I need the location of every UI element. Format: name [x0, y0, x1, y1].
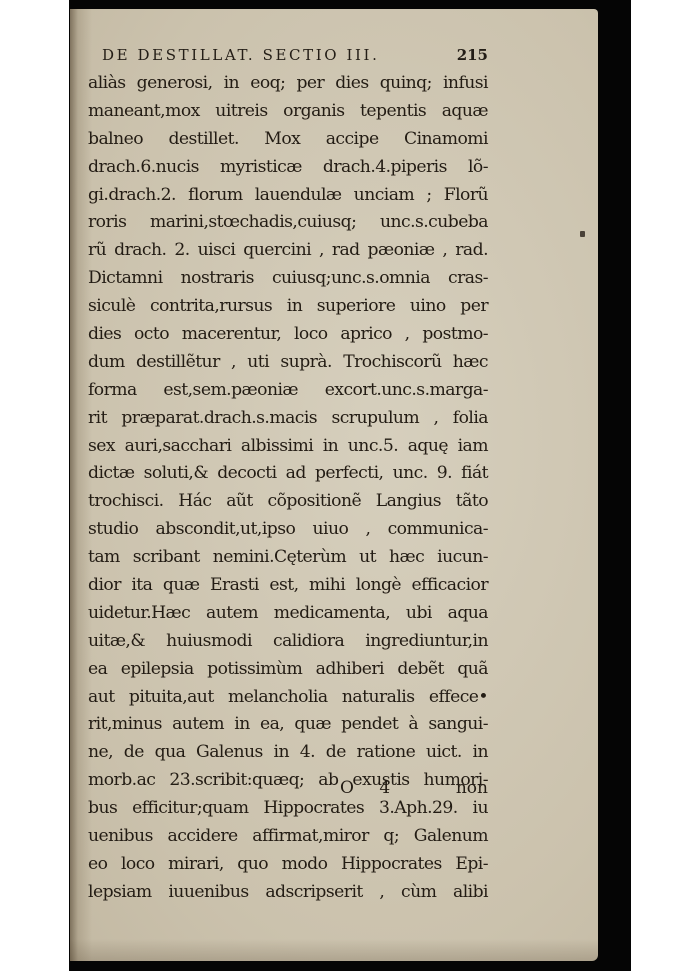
- page-header: DE DESTILLAT. SECTIO III. 215: [102, 46, 488, 70]
- text-line: roris marini,stœchadis,cuiusq; unc.s.cub…: [88, 209, 488, 237]
- text-line: uitæ,& huiusmodi calidiora ingrediuntur,…: [88, 628, 488, 656]
- text-line: ne, de qua Galenus in 4. de ratione uict…: [88, 739, 488, 767]
- text-line: rũ drach. 2. uisci quercini , rad pæoniæ…: [88, 237, 488, 265]
- text-line: uenibus accidere affirmat,miror q; Galen…: [88, 823, 488, 851]
- text-line: aliàs generosi, in eoq; per dies quinq; …: [88, 70, 488, 98]
- text-line: drach.6.nucis myristicæ drach.4.piperis …: [88, 154, 488, 182]
- running-head: DE DESTILLAT. SECTIO III.: [102, 46, 379, 64]
- text-line: Dictamni nostraris cuiusq;unc.s.omnia cr…: [88, 265, 488, 293]
- text-line: ea epilepsia potissimùm adhiberi debẽt q…: [88, 656, 488, 684]
- text-line: eo loco mirari, quo modo Hippocrates Epi…: [88, 851, 488, 879]
- text-line: sex auri,sacchari albissimi in unc.5. aq…: [88, 433, 488, 461]
- ink-spot: [580, 231, 585, 237]
- text-line: forma est,sem.pæoniæ excort.unc.s.marga-: [88, 377, 488, 405]
- page-footer: O 4 non: [340, 778, 488, 804]
- text-line: gi.drach.2. florum lauendulæ unciam ; Fl…: [88, 182, 488, 210]
- text-line: dies octo macerentur, loco aprico , post…: [88, 321, 488, 349]
- text-line: trochisci. Hác aũt cõpositionẽ Langius t…: [88, 488, 488, 516]
- text-line: rit præparat.drach.s.macis scrupulum , f…: [88, 405, 488, 433]
- text-line: aut pituita,aut melancholia naturalis ef…: [88, 684, 488, 712]
- text-line: dictæ soluti,& decocti ad perfecti, unc.…: [88, 460, 488, 488]
- text-line: balneo destillet. Mox accipe Cinamomi: [88, 126, 488, 154]
- text-line: dum destillẽtur , uti suprà. Trochiscorũ…: [88, 349, 488, 377]
- page-number: 215: [457, 46, 488, 64]
- text-line: dior ita quæ Erasti est, mihi longè effi…: [88, 572, 488, 600]
- text-line: siculè contrita,rursus in superiore uino…: [88, 293, 488, 321]
- text-line: lepsiam iuuenibus adscripserit , cùm ali…: [88, 879, 488, 907]
- text-line: tam scribant nemini.Cęterùm ut hæc iucun…: [88, 544, 488, 572]
- text-line: studio abscondit,ut,ipso uiuo , communic…: [88, 516, 488, 544]
- text-line: uidetur.Hæc autem medicamenta, ubi aqua: [88, 600, 488, 628]
- catchword: non: [456, 778, 488, 798]
- text-line: maneant,mox uitreis organis tepentis aqu…: [88, 98, 488, 126]
- signature-mark: O 4: [340, 778, 400, 798]
- text-line: rit,minus autem in ea, quæ pendet à sang…: [88, 711, 488, 739]
